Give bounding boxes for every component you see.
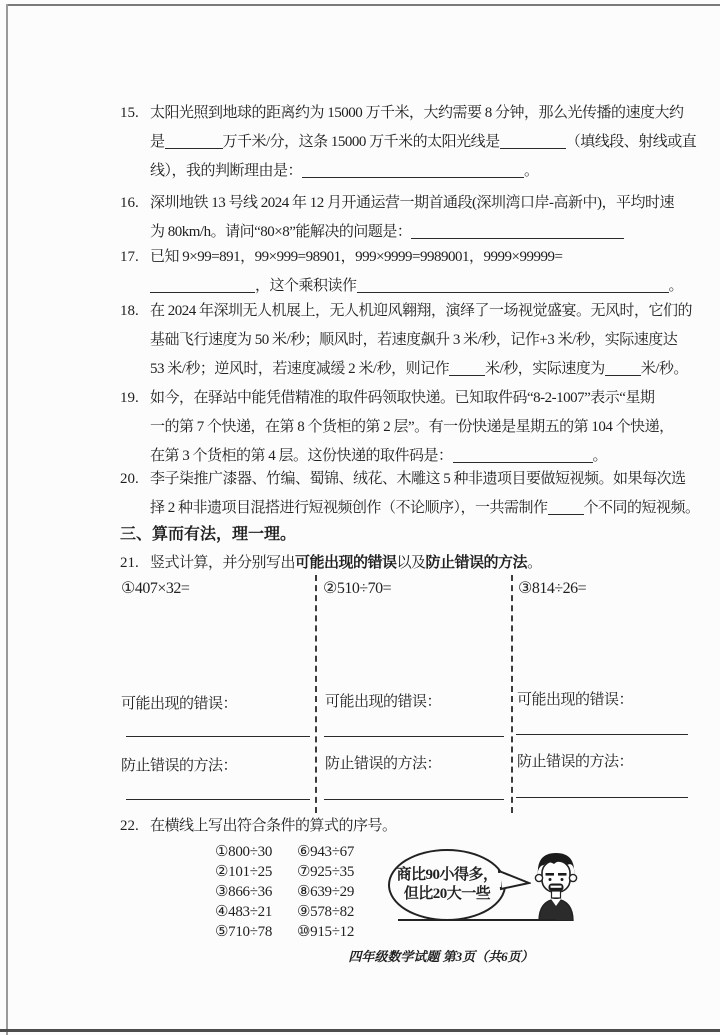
calc-problem-1: ①407×32= [121, 578, 189, 598]
question-number: 18. [120, 297, 150, 326]
speech-bubble-text: 商比90小得多， [390, 866, 504, 885]
answer-blank [302, 162, 524, 178]
expression-item: ①800÷30 [215, 842, 272, 862]
question-text: 一的第 7 个快递，在第 8 个货柜的第 2 层”。有一份快递是星期五的第 10… [150, 419, 674, 435]
question-18-line-1: 18.在 2024 年深圳无人机展上，无人机迎风翱翔，演绎了一场视觉盛宴。无风时… [120, 297, 692, 326]
question-18-line-2: 基础飞行速度为 50 米/秒；顺风时，若速度飙升 3 米/秒，记作+3 米/秒，… [120, 326, 692, 355]
question-text: 万千米/分，这条 15000 万千米的太阳光线是 [223, 134, 500, 150]
question-21-line-1: 21.竖式计算，并分别写出可能出现的错误以及防止错误的方法。 [120, 549, 542, 578]
question-text: 线），我的判断理由是： [150, 163, 302, 179]
question-text: 米/秒。 [641, 361, 688, 377]
expression-item: ⑨578÷82 [297, 902, 354, 922]
answer-line [324, 799, 504, 800]
expression-item: ⑤710÷78 [215, 922, 272, 942]
student-avatar-icon [531, 849, 581, 921]
question-number: 20. [120, 465, 150, 494]
question-text-bold: 防止错误的方法 [426, 555, 528, 571]
question-22-line-1: 22.在横线上写出符合条件的算式的序号。 [120, 812, 397, 841]
question-15-line-2: 是万千米/分，这条 15000 万千米的太阳光线是（填线段、射线或直 [120, 128, 696, 157]
question-text: 53 米/秒；逆风时，若速度减缓 2 米/秒，则记作 [150, 361, 449, 377]
expression-item: ⑧639÷29 [297, 882, 354, 902]
speech-bubble-text: 但比20大一些 [390, 885, 504, 904]
expression-item: ⑦925÷35 [297, 862, 354, 882]
answer-blank [357, 277, 669, 293]
expression-list-column-a: ①800÷30 ②101÷25 ③866÷36 ④483÷21 ⑤710÷78 [215, 842, 272, 942]
question-text: 为 80km/h。请问“80×8”能解决的问题是： [150, 224, 411, 240]
answer-blank [150, 277, 255, 293]
question-18: 18.在 2024 年深圳无人机展上，无人机迎风翱翔，演绎了一场视觉盛宴。无风时… [120, 297, 692, 384]
section-3-title: 三、算而有法，理一理。 [120, 521, 296, 544]
question-text: 。 [524, 163, 539, 179]
question-19-line-2: 一的第 7 个快递，在第 8 个货柜的第 2 层”。有一份快递是星期五的第 10… [120, 413, 674, 442]
question-16: 16.深圳地铁 13 号线 2024 年 12 月开通运营一期首通段(深圳湾口岸… [120, 189, 674, 247]
question-text: （填线段、射线或直 [566, 134, 697, 150]
question-number: 19. [120, 384, 150, 413]
question-text: ，这个乘积读作 [255, 278, 357, 294]
answer-blank [165, 133, 223, 149]
question-15: 15.太阳光照到地球的距离约为 15000 万千米，大约需要 8 分钟，那么光传… [120, 99, 696, 186]
question-22: 22.在横线上写出符合条件的算式的序号。 [120, 812, 397, 841]
prevent-error-label: 防止错误的方法： [517, 750, 633, 771]
question-19-line-1: 19.如今，在驿站中能凭借精准的取件码领取快递。已知取件码“8-2-1007”表… [120, 384, 674, 413]
question-text: 在横线上写出符合条件的算式的序号。 [150, 818, 397, 834]
question-text: 在 2024 年深圳无人机展上，无人机迎风翱翔，演绎了一场视觉盛宴。无风时，它们… [150, 303, 692, 319]
question-text: 已知 9×99=891，99×999=98901，999×9999=998900… [150, 249, 562, 265]
answer-blank [453, 447, 593, 463]
question-17: 17.已知 9×99=891，99×999=98901，999×9999=998… [120, 243, 683, 301]
question-21: 21.竖式计算，并分别写出可能出现的错误以及防止错误的方法。 [120, 549, 542, 578]
question-number: 17. [120, 243, 150, 272]
answer-line [516, 734, 688, 735]
question-17-line-1: 17.已知 9×99=891，99×999=98901，999×9999=998… [120, 243, 683, 272]
answer-line [126, 799, 310, 800]
question-15-line-3: 线），我的判断理由是：。 [120, 157, 696, 186]
scanned-exam-page: 15.太阳光照到地球的距离约为 15000 万千米，大约需要 8 分钟，那么光传… [0, 0, 720, 1035]
prevent-error-label: 防止错误的方法： [121, 754, 237, 775]
question-text: 。 [669, 278, 684, 294]
question-text: 米/秒，实际速度为 [485, 361, 605, 377]
expression-item: ⑥943÷67 [297, 842, 354, 862]
question-20-line-1: 20.李子柒推广漆器、竹编、蜀锦、绒花、木雕这 5 种非遗项目要做短视频。如果每… [120, 465, 700, 494]
question-18-line-3: 53 米/秒；逆风时，若速度减缓 2 米/秒，则记作米/秒，实际速度为米/秒。 [120, 355, 692, 384]
possible-error-label: 可能出现的错误： [325, 690, 441, 711]
question-text: 择 2 种非遗项目混搭进行短视频创作（不论顺序），一共需制作 [150, 500, 548, 516]
scan-edge-top [6, 4, 720, 6]
question-text: 在第 3 个货柜的第 4 层。这份快递的取件码是： [150, 448, 453, 464]
expression-item: ⑩915÷12 [297, 922, 354, 942]
expression-item: ②101÷25 [215, 862, 272, 882]
question-text: 。 [593, 448, 608, 464]
column-divider-dashed [315, 575, 317, 813]
question-text: 深圳地铁 13 号线 2024 年 12 月开通运营一期首通段(深圳湾口岸-高新… [150, 195, 674, 211]
scan-edge-bottom [0, 1029, 720, 1032]
question-text: 。 [527, 555, 542, 571]
possible-error-label: 可能出现的错误： [121, 692, 237, 713]
expression-item: ④483÷21 [215, 902, 272, 922]
question-text: 基础飞行速度为 50 米/秒；顺风时，若速度飙升 3 米/秒，记作+3 米/秒，… [150, 332, 677, 348]
question-16-line-1: 16.深圳地铁 13 号线 2024 年 12 月开通运营一期首通段(深圳湾口岸… [120, 189, 674, 218]
answer-line [516, 797, 688, 798]
expression-list-column-b: ⑥943÷67 ⑦925÷35 ⑧639÷29 ⑨578÷82 ⑩915÷12 [297, 842, 354, 942]
calc-problem-3: ③814÷26= [518, 578, 586, 598]
question-text: 太阳光照到地球的距离约为 15000 万千米，大约需要 8 分钟，那么光传播的速… [150, 105, 684, 121]
question-number: 22. [120, 812, 150, 841]
prevent-error-label: 防止错误的方法： [325, 752, 441, 773]
question-number: 15. [120, 99, 150, 128]
question-15-line-1: 15.太阳光照到地球的距离约为 15000 万千米，大约需要 8 分钟，那么光传… [120, 99, 696, 128]
question-text: 是 [150, 134, 165, 150]
speech-bubble-tail [497, 868, 531, 894]
question-text: 个不同的短视频。 [584, 500, 700, 516]
expression-item: ③866÷36 [215, 882, 272, 902]
question-number: 21. [120, 549, 150, 578]
answer-blank [411, 223, 624, 239]
question-text-bold: 可能出现的错误 [295, 555, 397, 571]
speech-bubble: 商比90小得多， 但比20大一些 [388, 849, 506, 921]
answer-line [126, 736, 310, 737]
question-text: 以及 [397, 555, 426, 571]
question-number: 16. [120, 189, 150, 218]
possible-error-label: 可能出现的错误： [517, 688, 633, 709]
answer-blank [548, 499, 584, 515]
scan-edge-left [6, 4, 8, 1035]
question-19: 19.如今，在驿站中能凭借精准的取件码领取快递。已知取件码“8-2-1007”表… [120, 384, 674, 471]
page-footer: 四年级数学试题 第3页（共6页） [348, 946, 533, 965]
q22-answer-line [398, 919, 556, 921]
question-20-line-2: 择 2 种非遗项目混搭进行短视频创作（不论顺序），一共需制作个不同的短视频。 [120, 494, 700, 523]
question-text: 竖式计算，并分别写出 [150, 555, 295, 571]
calc-problem-2: ②510÷70= [323, 578, 391, 598]
column-divider-dashed [511, 575, 513, 813]
question-20: 20.李子柒推广漆器、竹编、蜀锦、绒花、木雕这 5 种非遗项目要做短视频。如果每… [120, 465, 700, 523]
question-text: 李子柒推广漆器、竹编、蜀锦、绒花、木雕这 5 种非遗项目要做短视频。如果每次选 [150, 471, 686, 487]
answer-line [324, 736, 504, 737]
answer-blank [605, 360, 641, 376]
question-text: 如今，在驿站中能凭借精准的取件码领取快递。已知取件码“8-2-1007”表示“星… [150, 390, 654, 406]
answer-blank [500, 133, 566, 149]
answer-blank [449, 360, 485, 376]
